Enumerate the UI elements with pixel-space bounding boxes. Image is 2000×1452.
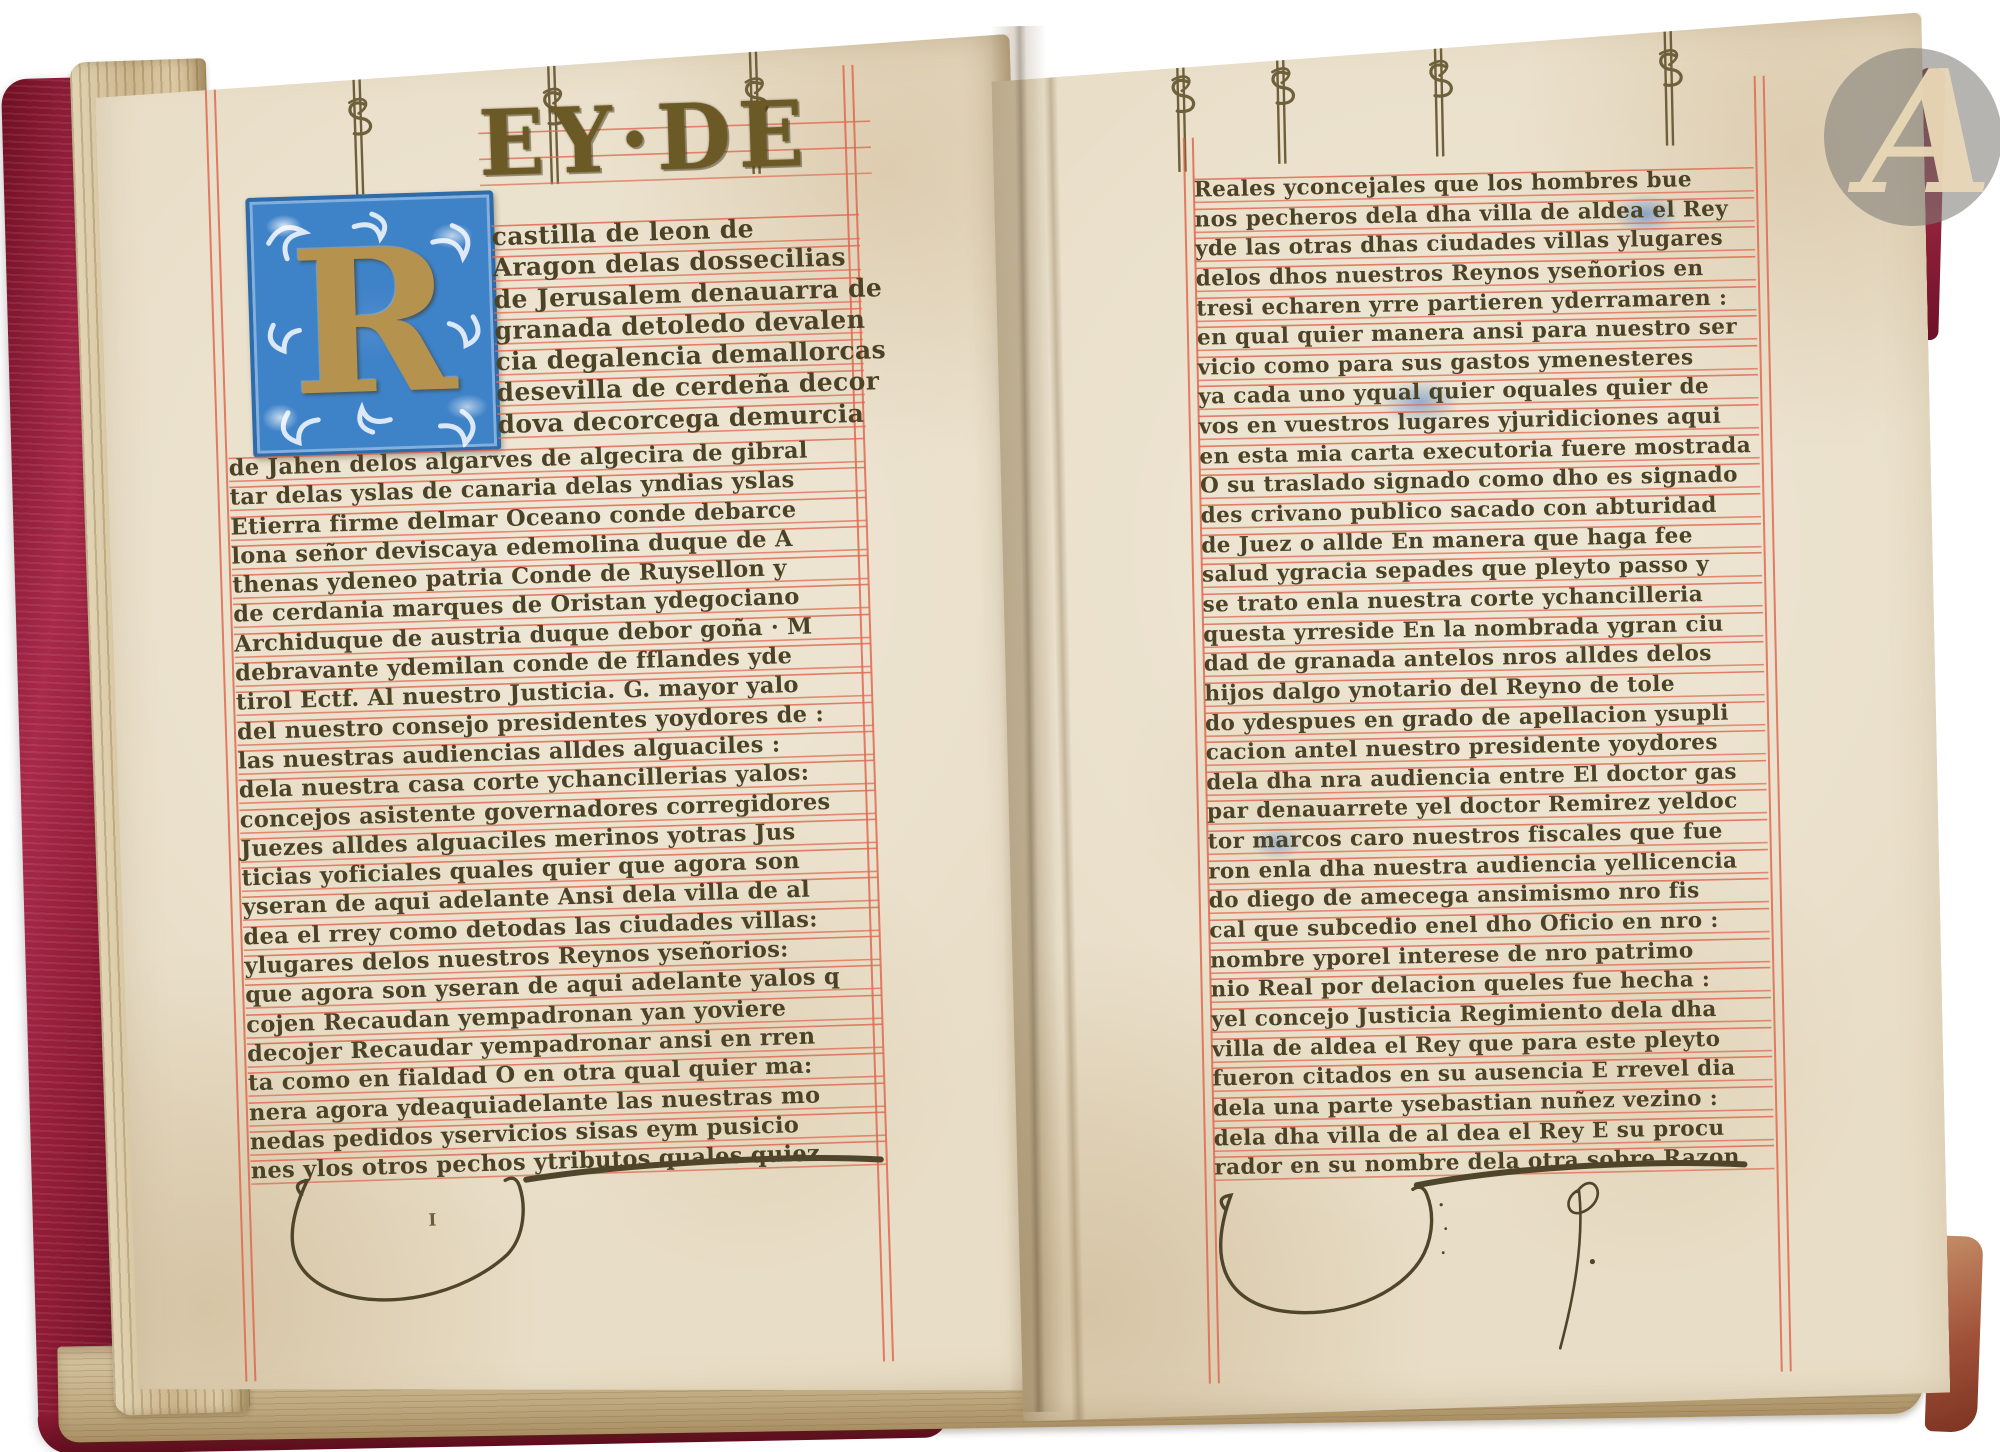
left-body-text-column: de Jahen delos algarves de algecira de g… xyxy=(228,435,887,1187)
heading-row: EY·DE xyxy=(477,90,872,190)
opening-text-column: castilla de leon deAragon delas dossecil… xyxy=(491,210,866,441)
right-page: Reales yconcejales que los hombres bueno… xyxy=(991,12,1951,1421)
right-body-text-column: Reales yconcejales que los hombres bueno… xyxy=(1194,164,1775,1183)
penwork-ornament-icon xyxy=(1650,9,1687,146)
penwork-ornament-icon xyxy=(1420,20,1457,157)
manuscript-photo: EY·DE R castilla de leon deAragon delas … xyxy=(0,0,2000,1452)
penwork-ornament-icon xyxy=(1163,36,1200,173)
page-title: EY·DE xyxy=(477,90,812,189)
parchment-crease xyxy=(1043,31,1086,1421)
penwork-ornament-icon xyxy=(339,58,377,195)
left-page: EY·DE R castilla de leon deAragon delas … xyxy=(94,34,1052,1419)
penwork-ornament-icon xyxy=(1263,27,1300,164)
illuminated-initial: R xyxy=(245,190,501,458)
drop-cap-letter: R xyxy=(250,202,497,441)
quire-mark: I xyxy=(428,1211,437,1231)
